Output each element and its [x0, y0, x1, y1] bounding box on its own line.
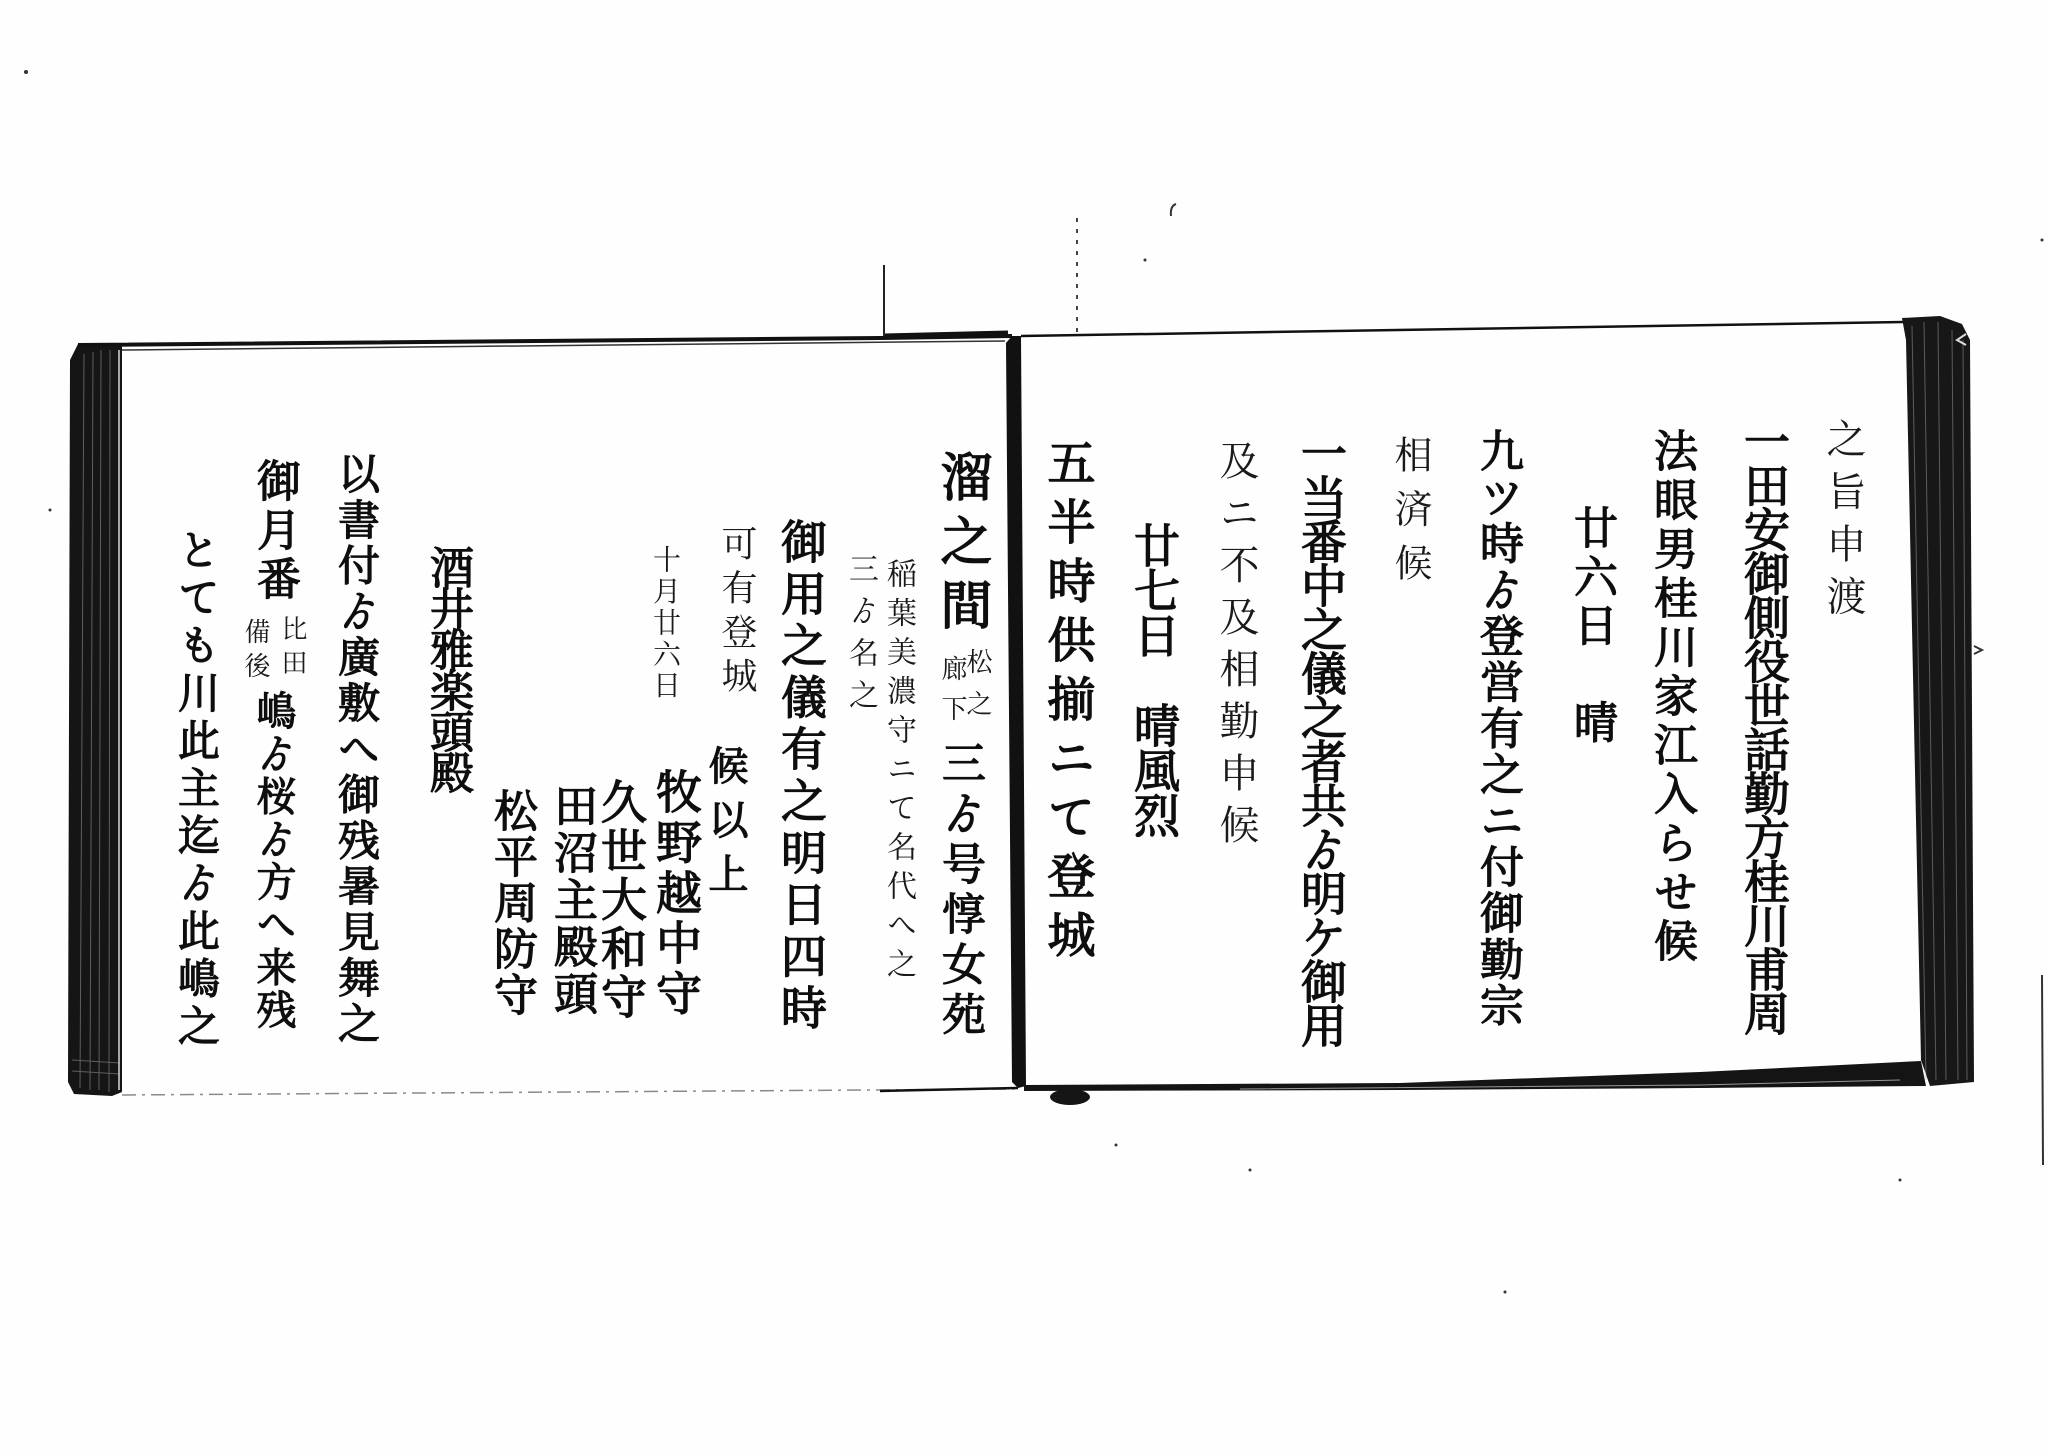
text-column: 一当番中之儀之者共ゟ明ケ御用 [1291, 430, 1344, 1046]
left-page-bottom-edge-dark [880, 1088, 1018, 1091]
scan-edge-line [2042, 975, 2043, 1165]
text-column: 法眼男桂川家江入らせ候 [1642, 428, 1693, 967]
signatory-name: 牧野越中守 [646, 768, 699, 1020]
text-column-continuation: 候以上 [699, 745, 745, 907]
text-column: 五半時供揃ニて登城 [1036, 438, 1091, 969]
interlinear-note: 廊下 [935, 655, 965, 735]
left-page-top-border-thick [884, 333, 1008, 336]
text-column: 九ツ時ゟ登営有之ニ付御勤宗 [1468, 428, 1519, 1029]
small-text-column: 稲葉美濃守ニて名代へ之 [878, 558, 913, 987]
text-column-continuation: 三ゟ号惇女苑 [930, 740, 981, 1042]
small-text-column: 三ゟ名之 [840, 553, 875, 721]
text-column: 以書付ゟ廣敷へ御残暑見舞之 [329, 452, 377, 1047]
left-page-top-border [78, 336, 1012, 345]
right-edge-tick [1974, 646, 1982, 654]
letter-date: 十月廿六日 [647, 545, 679, 702]
text-column: 溜之間 [927, 450, 987, 642]
spine-gutter [1006, 336, 1026, 1088]
signatory-name: 久世大和守 [591, 778, 644, 1022]
addressee-name: 酒井雅楽頭殿 [418, 545, 469, 791]
interlinear-note: 備後 [238, 618, 268, 686]
text-column: 一田安御側役世話勤方桂川甫周 [1734, 418, 1787, 1034]
left-fore-edge [68, 343, 122, 1096]
signatory-name: 松平周防守 [482, 788, 533, 1018]
date-heading: 廿七日 晴風烈 [1124, 522, 1177, 837]
right-page-top-border [1021, 322, 1903, 336]
text-column: 可有登城 [713, 525, 754, 701]
date-heading: 廿六日 晴 [1562, 505, 1613, 748]
spine-bottom-smudge [1050, 1089, 1090, 1105]
text-column: 相済候 [1385, 435, 1429, 597]
signatory-name: 田沼主殿頭 [542, 783, 593, 1018]
text-column: 御用之儀有之明日四時 [771, 518, 824, 1036]
text-column: 御月番 [245, 458, 296, 605]
text-column-continuation: 嶋ゟ桜ゟ方へ来残 [247, 690, 293, 1032]
text-column: とても川此主迄ゟ此嶋之 [169, 528, 217, 1052]
text-column: 之旨申渡 [1817, 418, 1863, 628]
text-column: 及ニ不及相勤申候 [1210, 440, 1256, 856]
scan-mark-hook [1171, 204, 1176, 216]
interlinear-note: 比田 [275, 615, 305, 683]
